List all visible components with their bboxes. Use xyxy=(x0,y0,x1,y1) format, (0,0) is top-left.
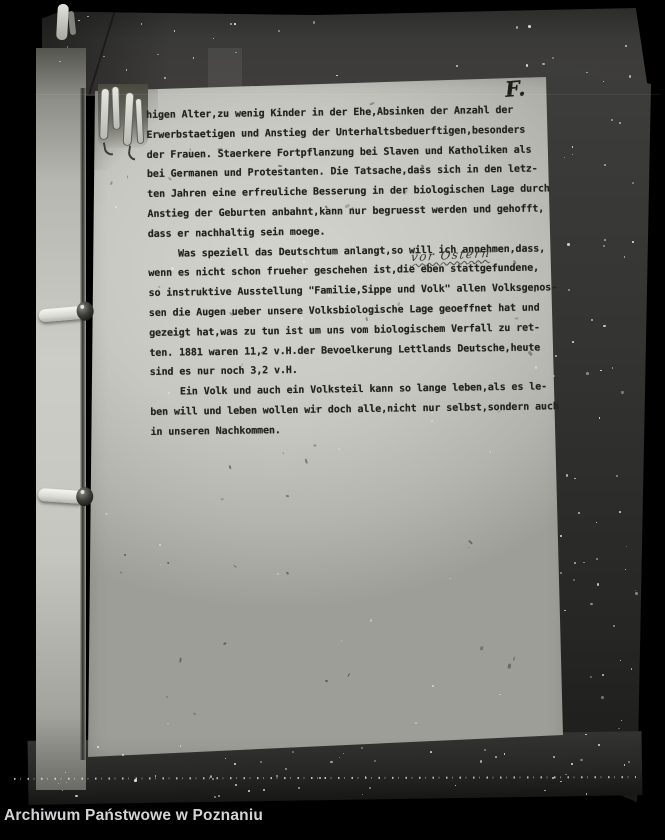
fastener-head xyxy=(76,487,94,507)
archival-photo-stage: higen Alter,zu wenig Kinder in der Ehe,A… xyxy=(0,0,665,840)
paper-fragment-stroke xyxy=(56,4,69,41)
corner-paper-fragment xyxy=(57,4,83,46)
film-scratch-line xyxy=(35,94,660,95)
crumple-stroke xyxy=(111,86,121,130)
paper-fastener-top xyxy=(38,299,100,332)
fastener-head xyxy=(76,301,95,321)
typewritten-text: higen Alter,zu wenig Kinder in der Ehe,A… xyxy=(146,100,563,442)
crumple-stroke xyxy=(99,88,110,140)
archive-watermark: Archiwum Państwowe w Poznaniu xyxy=(4,807,263,825)
binding-strip xyxy=(36,48,86,790)
page-corner-mark: F. xyxy=(504,75,526,102)
binding-crease-line xyxy=(80,88,86,760)
paper-fragment-stroke xyxy=(68,11,76,35)
paper-fastener-bottom xyxy=(37,483,99,515)
